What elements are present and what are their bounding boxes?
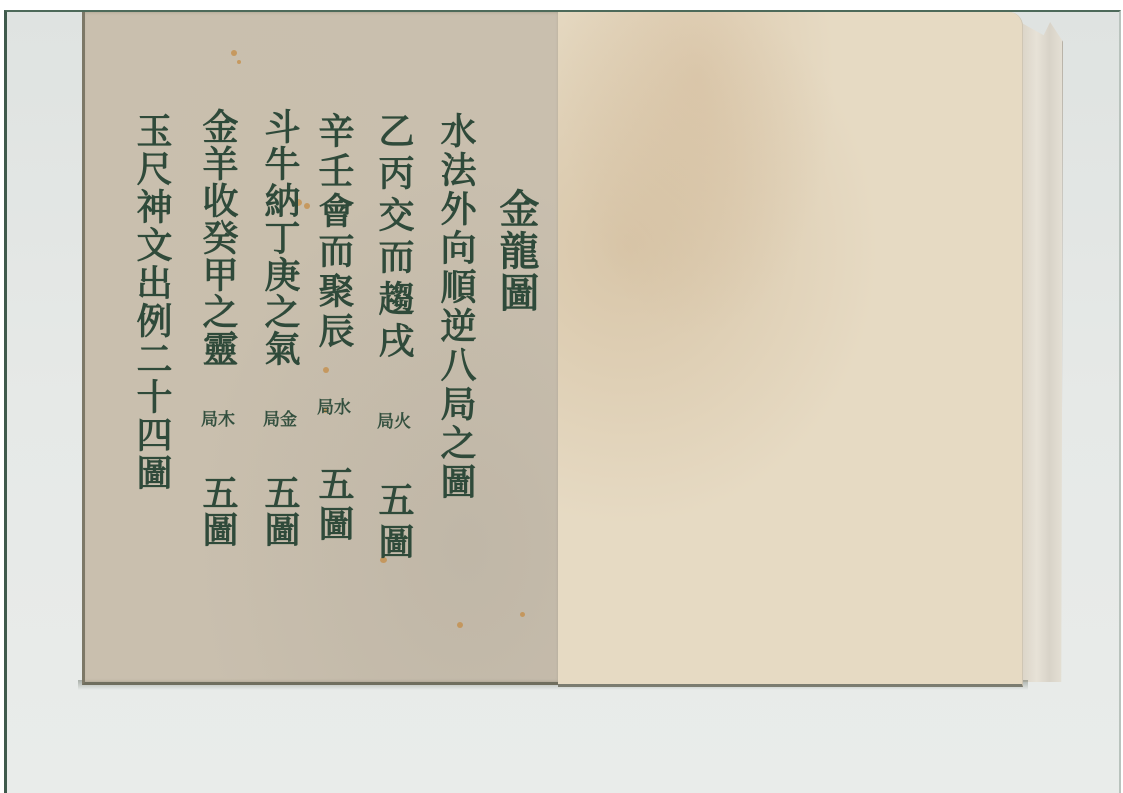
heading-column: 金龍圖 (496, 188, 536, 314)
column-text-end: 五圖 (373, 481, 415, 565)
column-text: 乙丙交而趨戌 (373, 112, 415, 364)
book-back-pages (1020, 22, 1063, 682)
stain-spot (457, 622, 463, 628)
column-text-end: 五圖 (197, 474, 239, 548)
column-annotation: 局火 (377, 414, 411, 431)
text-column-6: 玉尺神文出例二十四圖 (134, 112, 170, 492)
column-annotation: 局水 (317, 400, 351, 417)
stain-spot (304, 203, 310, 209)
column-annotation: 局金 (263, 412, 297, 429)
column-annotation: 局木 (201, 412, 235, 429)
column-text-end: 五圖 (313, 465, 355, 545)
stain-spot (231, 50, 237, 56)
column-text: 辛壬會而聚辰 (313, 112, 355, 352)
text-column-1: 水法外向順逆八局之圖 (438, 112, 474, 502)
stain-spot (520, 612, 525, 617)
text-column-4: 斗牛納丁庚之氣 局金 五圖 (262, 108, 298, 565)
stain-spot (237, 60, 241, 64)
text-column-2: 乙丙交而趨戌 局火 五圖 (376, 112, 412, 582)
column-text: 斗牛納丁庚之氣 (259, 108, 301, 367)
column-text: 玉尺神文出例二十四圖 (131, 112, 173, 492)
heading-text: 金龍圖 (493, 188, 540, 314)
column-text: 金羊收癸甲之靈 (197, 108, 239, 367)
right-page (558, 12, 1023, 687)
text-column-3: 辛壬會而聚辰 局水 五圖 (316, 112, 352, 562)
column-text: 水法外向順逆八局之圖 (435, 112, 477, 502)
text-column-5: 金羊收癸甲之靈 局木 五圖 (200, 108, 236, 565)
column-text-end: 五圖 (259, 474, 301, 548)
